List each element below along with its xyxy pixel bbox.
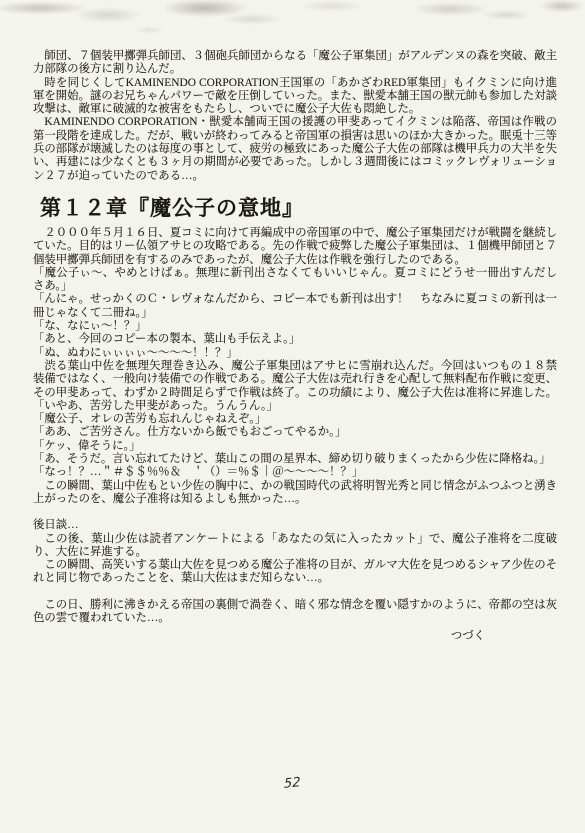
chapter-heading: 第１２章『魔公子の意地』 xyxy=(40,195,557,221)
dialogue-line: 「魔公子ぃ～、やめとけばぁ。無理に新刊出さなくてもいいじゃん。夏コミにどうせ一冊… xyxy=(33,267,557,294)
dialogue-line: 「んにゃ。せっかくのＣ・レヴォなんだから、コピー本でも新刊は出す！ ちなみに夏コ… xyxy=(33,293,557,320)
dialogue-line: 「いやあ、苦労した甲斐があった。うんうん。」 xyxy=(33,400,557,413)
paragraph: この瞬間、高笑いする葉山大佐を見つめる魔公子准将の目が、ガルマ大佐を見つめるシャ… xyxy=(33,559,557,586)
dialogue-line: 「な、なにぃ～！？」 xyxy=(33,320,557,333)
page-number-value: 52 xyxy=(284,775,300,792)
to-be-continued: つづく xyxy=(33,630,557,643)
paragraph: ２０００年５月１６日、夏コミに向けて再編成中の帝国軍の中で、魔公子軍集団だけが戦… xyxy=(33,227,557,267)
story-text: 師団、７個装甲擲弾兵師団、３個砲兵師団からなる「魔公子軍集団」がアルデンヌの森を… xyxy=(33,50,557,644)
dialogue-line: 「魔公子、オレの苦労も忘れんじゃねえぞ。」 xyxy=(33,413,557,426)
paragraph: 後日談… xyxy=(33,519,557,532)
dialogue-line: 「ケッ、偉そうに。」 xyxy=(33,440,557,453)
paragraph: 師団、７個装甲擲弾兵師団、３個砲兵師団からなる「魔公子軍集団」がアルデンヌの森を… xyxy=(33,50,557,77)
dialogue-line: 「ああ、ご苦労さん。仕方ないから飯でもおごってやるか。」 xyxy=(33,426,557,439)
scan-smudge-top xyxy=(0,0,585,44)
page-number: 52 xyxy=(0,776,585,791)
scanned-document-page: 師団、７個装甲擲弾兵師団、３個砲兵師団からなる「魔公子軍集団」がアルデンヌの森を… xyxy=(0,0,585,833)
dialogue-line: 「あ、そうだ。言い忘れてたけど、葉山この間の星界本、締め切り破りまくったから少佐… xyxy=(33,453,557,466)
paragraph: 時を同じくしてKAMINENDO CORPORATION王国軍の「あかざわRED… xyxy=(33,77,557,117)
paragraph: この後、葉山少佐は読者アンケートによる「あなたの気に入ったカット」で、魔公子准将… xyxy=(33,533,557,560)
paragraph: この日、勝利に沸きかえる帝国の裏側で渦巻く、暗く邪な情念を覆い隠すかのように、帝… xyxy=(33,599,557,626)
dialogue-line: 「あと、今回のコピー本の製本、葉山も手伝えよ。」 xyxy=(33,333,557,346)
dialogue-line: 「なっ！？…＂＃＄＄％％＆ ＇（）＝％＄｜＠～～～～！？」 xyxy=(33,466,557,479)
paragraph: KAMINENDO CORPORATION・獣愛本舗両王国の援護の甲斐あってイク… xyxy=(33,116,557,182)
dialogue-line: 「ぬ、ぬわにぃぃぃぃ～～～～！！？」 xyxy=(33,347,557,360)
paragraph: この瞬間、葉山中佐もとい少佐の胸中に、かの戦国時代の武将明智光秀と同じ情念がふつ… xyxy=(33,480,557,507)
paragraph: 渋る葉山中佐を無理矢理巻き込み、魔公子軍集団はアサヒに雪崩れ込んだ。今回はいつも… xyxy=(33,360,557,400)
